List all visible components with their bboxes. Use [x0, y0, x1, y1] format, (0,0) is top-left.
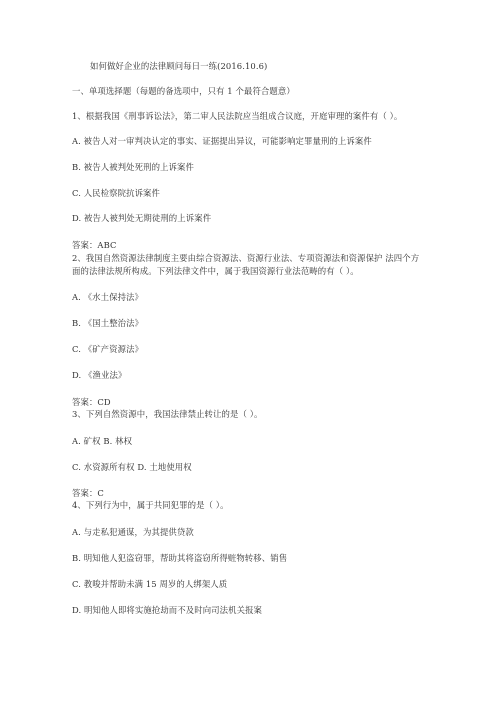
- question-4-option-a: A. 与走私犯通谋，为其提供贷款: [72, 527, 194, 538]
- section-heading: 一、单项选择题（每题的备选项中，只有 1 个最符合题意）: [72, 86, 295, 97]
- question-2-option-b: B. 《国土整治法》: [72, 318, 143, 329]
- document-page: 如何做好企业的法律顾问每日一练(2016.10.6) 一、单项选择题（每题的备选…: [0, 0, 496, 702]
- question-1-option-c: C. 人民检察院抗诉案件: [72, 188, 160, 199]
- question-1-option-d: D. 被告人被判处无期徒刑的上诉案件: [72, 213, 211, 224]
- question-3-stem: 3、下列自然资源中，我国法律禁止转让的是（ ）。: [72, 409, 262, 420]
- question-1-stem: 1、根据我国《刑事诉讼法》，第二审人民法院应当组成合议庭，开庭审理的案件有（ ）…: [72, 111, 402, 122]
- question-3-options-ab: A. 矿权 B. 林权: [72, 436, 132, 447]
- question-2-option-a: A. 《水土保持法》: [72, 292, 143, 303]
- question-1-answer: 答案：ABC: [72, 240, 117, 251]
- question-3-answer: 答案：C: [72, 488, 104, 499]
- question-4-option-b: B. 明知他人犯盗窃罪，帮助其将盗窃所得赃物转移、销售: [72, 553, 287, 564]
- question-1-option-a: A. 被告人对一审判决认定的事实、证据提出异议，可能影响定罪量刑的上诉案件: [72, 136, 372, 147]
- question-2-option-c: C. 《矿产资源法》: [72, 344, 143, 355]
- document-title: 如何做好企业的法律顾问每日一练(2016.10.6): [90, 61, 267, 72]
- question-4-stem: 4、下列行为中，属于共同犯罪的是（ ）。: [72, 500, 229, 511]
- question-3-options-cd: C. 水资源所有权 D. 土地使用权: [72, 462, 192, 473]
- question-2-stem: 2、我国自然资源法律制度主要由综合资源法、资源行业法、专项资源法和资源保护 法四…: [72, 252, 424, 277]
- question-1-option-b: B. 被告人被判处死刑的上诉案件: [72, 162, 194, 173]
- question-4-option-d: D. 明知他人即将实施抢劫而不及时向司法机关报案: [72, 605, 262, 616]
- question-2-option-d: D. 《渔业法》: [72, 370, 126, 381]
- question-2-answer: 答案：CD: [72, 397, 111, 408]
- question-4-option-c: C. 教唆并帮助未满 15 周岁的人绑架人质: [72, 579, 227, 590]
